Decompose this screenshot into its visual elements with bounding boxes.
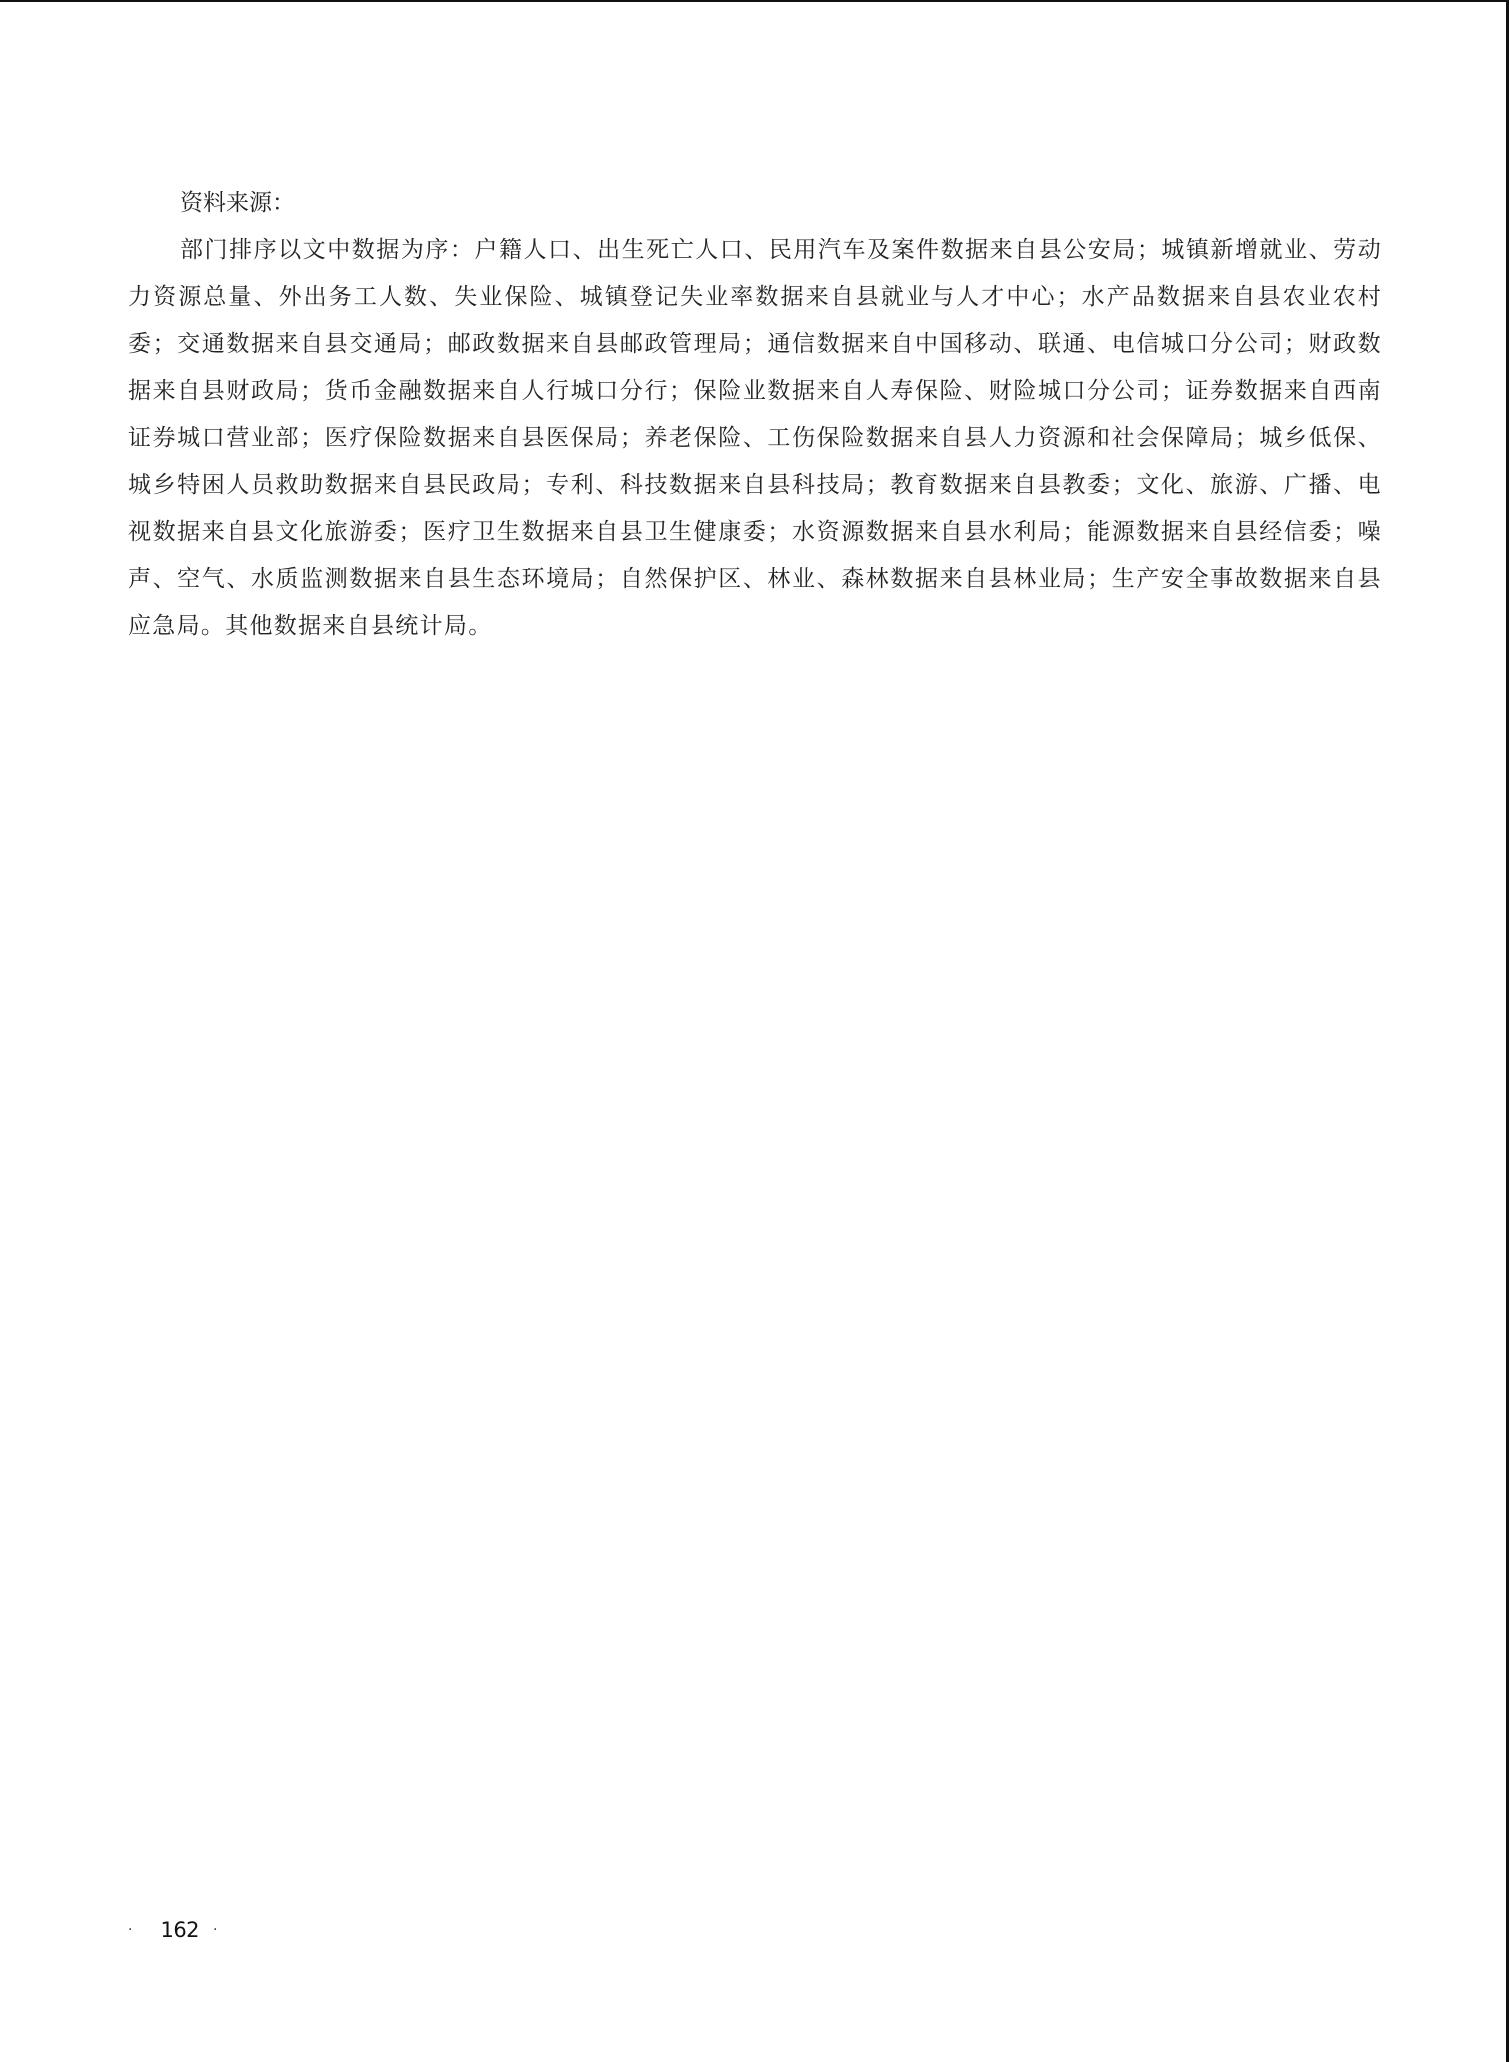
page-content: 资料来源： 部门排序以文中数据为序：户籍人口、出生死亡人口、民用汽车及案件数据来… xyxy=(128,180,1382,650)
page-number: 162 xyxy=(160,1918,199,1942)
footer-left-dot: · xyxy=(128,1922,132,1938)
footer-right-dot: · xyxy=(213,1922,217,1938)
page-footer: · 162 · xyxy=(128,1918,218,1942)
document-page: 资料来源： 部门排序以文中数据为序：户籍人口、出生死亡人口、民用汽车及案件数据来… xyxy=(0,0,1509,2062)
section-heading: 资料来源： xyxy=(128,180,1382,227)
data-sources-paragraph: 部门排序以文中数据为序：户籍人口、出生死亡人口、民用汽车及案件数据来自县公安局；… xyxy=(128,227,1382,650)
